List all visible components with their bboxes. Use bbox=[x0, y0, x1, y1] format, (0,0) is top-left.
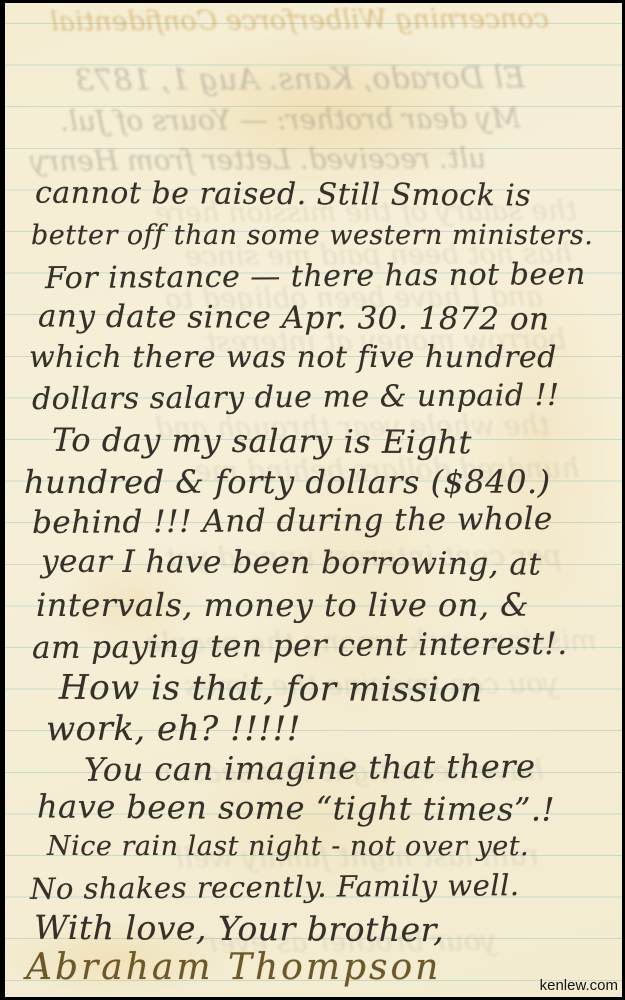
letter-line: work, eh? !!!!! bbox=[46, 712, 301, 746]
letter-line: You can imagine that there bbox=[84, 750, 536, 786]
letter-line: How is that, for mission bbox=[59, 671, 483, 708]
letter-line: No shakes recently. Family well. bbox=[30, 871, 520, 904]
letter-line: any date since Apr. 30. 1872 on bbox=[38, 301, 550, 335]
letter-line: dollars salary due me & unpaid !! bbox=[32, 381, 560, 415]
ghost-line: El Dorado, Kans. Aug 1, 1873 bbox=[75, 63, 525, 96]
signature-line: Abraham Thompson bbox=[26, 950, 441, 986]
letter-line: For instance — there has not been bbox=[45, 260, 586, 294]
ghost-line: concerning Wilberforce Confidential bbox=[50, 5, 549, 35]
letter-line: With love, Your brother, bbox=[34, 911, 444, 947]
letter-line: Nice rain last night - not over yet. bbox=[47, 833, 529, 860]
ghost-line: My dear brother: — Yours of Jul. bbox=[60, 104, 521, 135]
paper-stain bbox=[135, 28, 515, 198]
letter-line: behind !!! And during the whole bbox=[32, 504, 553, 539]
letter-line: hundred & forty dollars ($840.) bbox=[24, 466, 551, 498]
letter-line: year I have been borrowing, at bbox=[41, 546, 542, 580]
letter-line: intervals, money to live on, & bbox=[36, 589, 529, 621]
letter-line: am paying ten per cent interest!. bbox=[32, 629, 568, 664]
letter-paper: concerning Wilberforce ConfidentialEl Do… bbox=[5, 3, 622, 997]
letter-line: better off than some western ministers. bbox=[31, 222, 593, 249]
letter-line: To day my salary is Eight bbox=[52, 424, 472, 459]
letter-line: cannot be raised. Still Smock is bbox=[35, 178, 531, 211]
ghost-line: ult. received. Letter from Henry bbox=[30, 144, 486, 175]
letter-page-scan: concerning Wilberforce ConfidentialEl Do… bbox=[0, 0, 625, 1000]
letter-line: have been some “tight times”.! bbox=[37, 790, 555, 825]
watermark: kenlew.com bbox=[540, 977, 618, 994]
letter-line: which there was not five hundred bbox=[29, 343, 557, 373]
